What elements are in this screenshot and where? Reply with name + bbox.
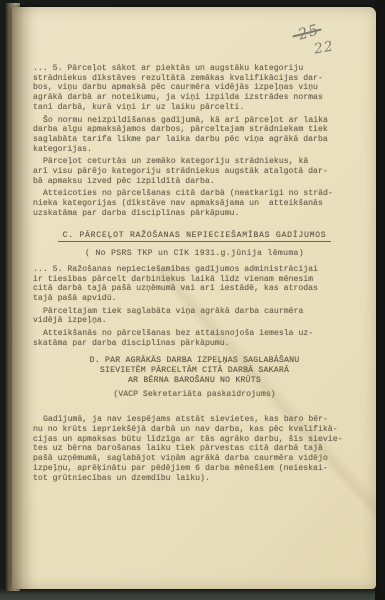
paragraph-7: Atteikšanās no pārcelšanas bez attaisnoj… [33,329,356,348]
paragraph-5: ... 5. Ražošanas nepieciešamības gadījum… [33,265,356,304]
paragraph-3: Pārceļot ceturtās un zemāko kategoriju s… [33,157,356,186]
section-c-heading-text: C. PĀRCEĻOT RAŽOŠANAS NEPIECIEŠAMĪBAS GA… [58,231,332,243]
section-c-source: ( No PSRS TKP un CIK 1931.g.jūnija lēmum… [33,249,356,259]
scan-background: 25 22 ... 5. Pārceļot sākot ar piektās u… [0,0,385,600]
paragraph-8: Gadījumā, ja nav iespējams atstāt sievie… [33,415,356,483]
scan-right-edge [375,0,385,600]
paragraph-6: Pārceltajam tiek saglabāta viņa agrākā d… [33,307,356,326]
section-d-heading-line1: D. PAR AGRĀKĀS DARBA IZPEĻŅAS SAGLABĀŠAN… [33,356,356,366]
typewritten-text: ... 5. Pārceļot sākot ar piektās un augs… [33,64,356,486]
paragraph-2: Šo normu neizpildīšanas gadījumā, kā arī… [33,116,356,155]
paragraph-1: ... 5. Pārceļot sākot ar piektās un augs… [33,64,356,113]
section-c-heading: C. PĀRCEĻOT RAŽOŠANAS NEPIECIEŠAMĪBAS GA… [33,231,356,243]
section-d-heading-line3: AR BĒRNA BAROŠANU NO KRŪTS [33,376,356,386]
document-page: 25 22 ... 5. Pārceļot sākot ar piektās u… [12,7,376,589]
section-d-note: (VACP Sekretariāta paskaidrojums) [33,390,356,400]
handwritten-number: 22 [313,38,335,57]
section-d-heading-line2: SIEVIETĒM PĀRCELTĀM CITĀ DARBĀ SAKARĀ [33,366,356,376]
section-d-heading: D. PAR AGRĀKĀS DARBA IZPEĻŅAS SAGLABĀŠAN… [33,356,356,386]
paragraph-4: Atteicoties no pārcelšanas citā darbā (n… [33,189,356,218]
